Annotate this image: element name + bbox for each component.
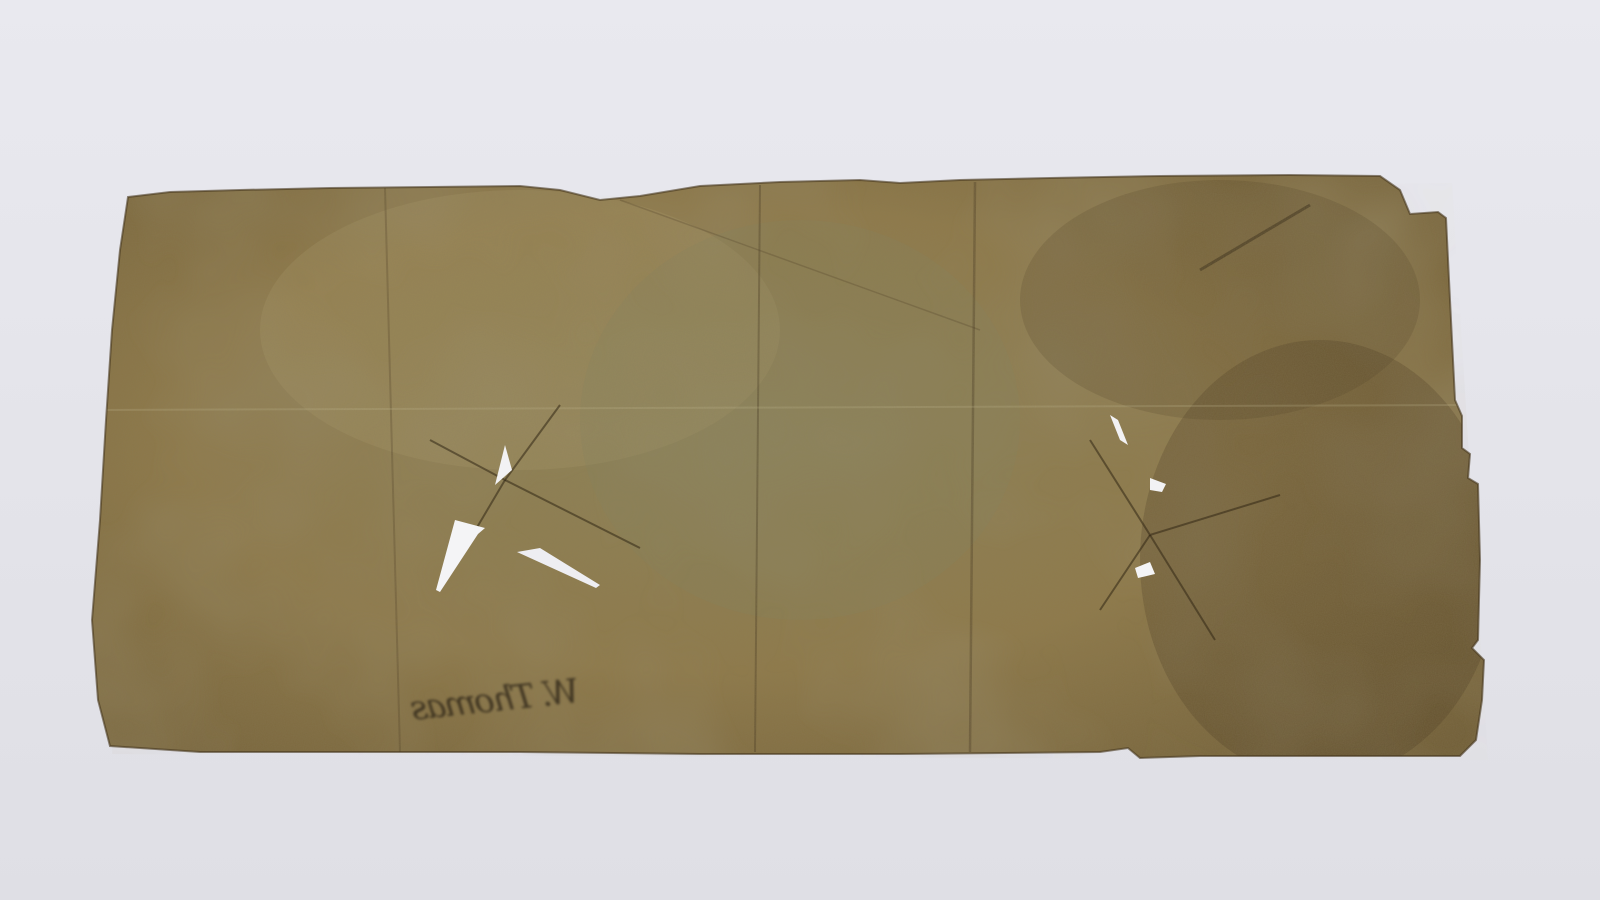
- photo-scene: W. Thomas: [0, 0, 1600, 900]
- banknote: [0, 0, 1600, 900]
